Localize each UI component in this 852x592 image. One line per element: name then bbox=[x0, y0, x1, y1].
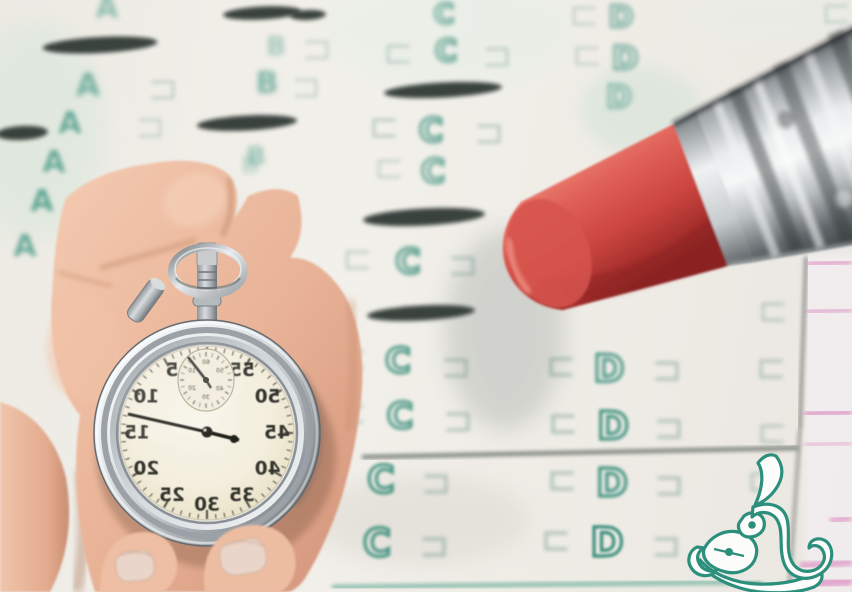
photo-canvas: 510152025303540455055 102030405060 bbox=[0, 0, 852, 592]
svg-text:35: 35 bbox=[229, 485, 255, 506]
photo-scene: AAAAAABBBBBCCCCCCCCCDDDDDDD bbox=[0, 0, 852, 592]
stopwatch-crown bbox=[193, 243, 221, 320]
sheet-lines bbox=[332, 256, 852, 592]
svg-text:45: 45 bbox=[264, 423, 290, 444]
wrist bbox=[0, 402, 69, 592]
pencil bbox=[464, 0, 852, 396]
svg-text:40: 40 bbox=[255, 459, 281, 480]
svg-text:20: 20 bbox=[134, 459, 160, 480]
svg-text:50: 50 bbox=[255, 387, 281, 408]
arabic-calligraphy-watermark bbox=[689, 455, 832, 592]
fingernail bbox=[115, 549, 156, 583]
svg-text:25: 25 bbox=[159, 485, 185, 506]
svg-text:30: 30 bbox=[194, 495, 220, 516]
